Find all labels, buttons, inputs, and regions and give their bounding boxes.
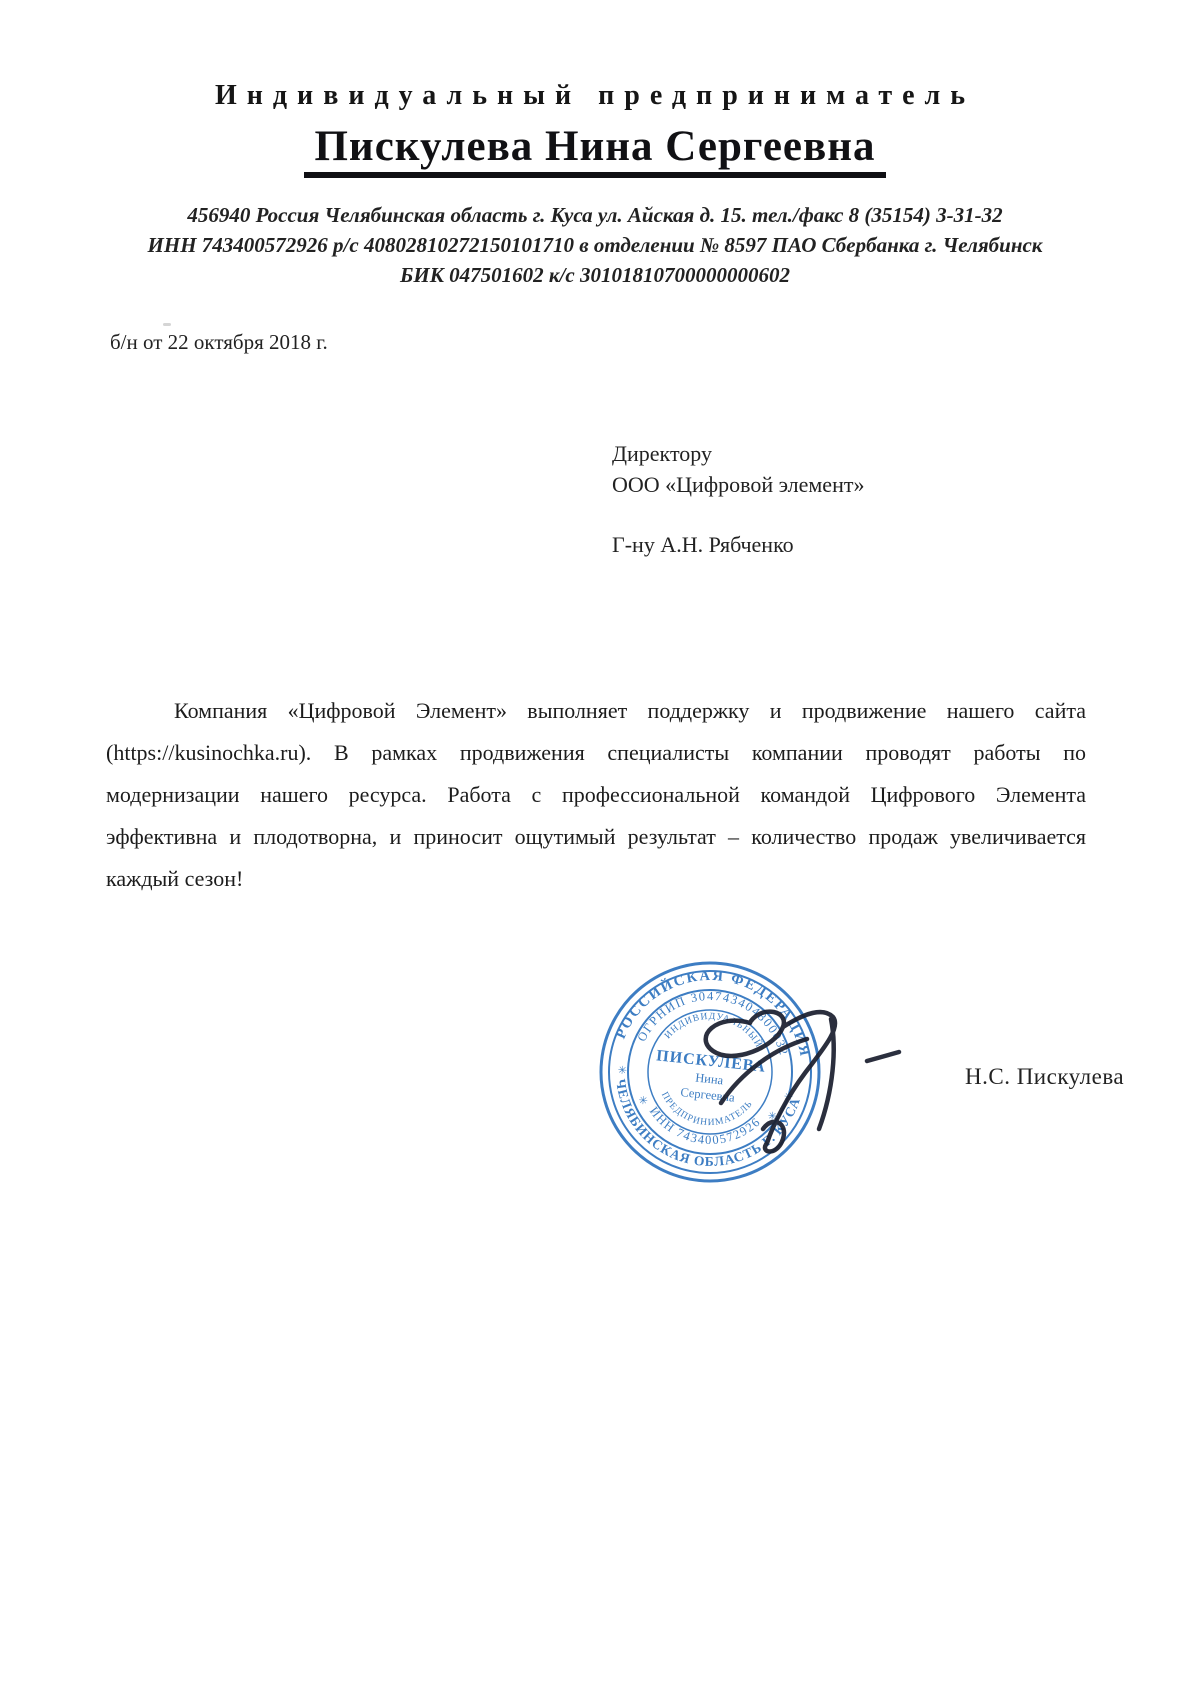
letterhead-title: Индивидуальный предприниматель xyxy=(0,80,1190,112)
letterhead-contacts: 456940 Россия Челябинская область г. Кус… xyxy=(55,200,1135,290)
letterhead-name-wrap: Пискулева Нина Сергеевна xyxy=(0,122,1190,178)
recipient-person: Г-ну А.Н. Рябченко xyxy=(612,529,864,560)
letter-page: Индивидуальный предприниматель Пискулева… xyxy=(0,0,1190,1683)
body-line: модернизации нашего ресурса. Работа с пр… xyxy=(106,774,1086,816)
scan-artifact xyxy=(163,323,171,326)
contacts-address-line: 456940 Россия Челябинская область г. Кус… xyxy=(55,200,1135,230)
recipient-title: Директору xyxy=(612,438,864,469)
letterhead-name: Пискулева Нина Сергеевна xyxy=(304,122,885,178)
body-line: Компания «Цифровой Элемент» выполняет по… xyxy=(106,690,1086,732)
body-line: (https://kusinochka.ru). В рамках продви… xyxy=(106,732,1086,774)
stamp-star-icon: ✳ xyxy=(638,1095,648,1108)
recipient-company: ООО «Цифровой элемент» xyxy=(612,469,864,500)
body-line: каждый сезон! xyxy=(106,858,1086,900)
letter-body: Компания «Цифровой Элемент» выполняет по… xyxy=(106,690,1086,900)
letter-date: б/н от 22 октября 2018 г. xyxy=(110,330,328,355)
stamp-star-icon: ✳ xyxy=(617,1064,627,1077)
contacts-bik-line: БИК 047501602 к/с 30101810700000000602 xyxy=(55,260,1135,290)
body-line: эффективна и плодотворна, и приносит ощу… xyxy=(106,816,1086,858)
handwritten-signature-icon xyxy=(655,995,935,1165)
signatory-name: Н.С. Пискулева xyxy=(965,1064,1124,1090)
contacts-bank-line: ИНН 743400572926 р/с 4080281027215010171… xyxy=(55,230,1135,260)
recipient-block: Директору ООО «Цифровой элемент» Г-ну А.… xyxy=(612,438,864,560)
recipient-gap xyxy=(612,500,864,529)
